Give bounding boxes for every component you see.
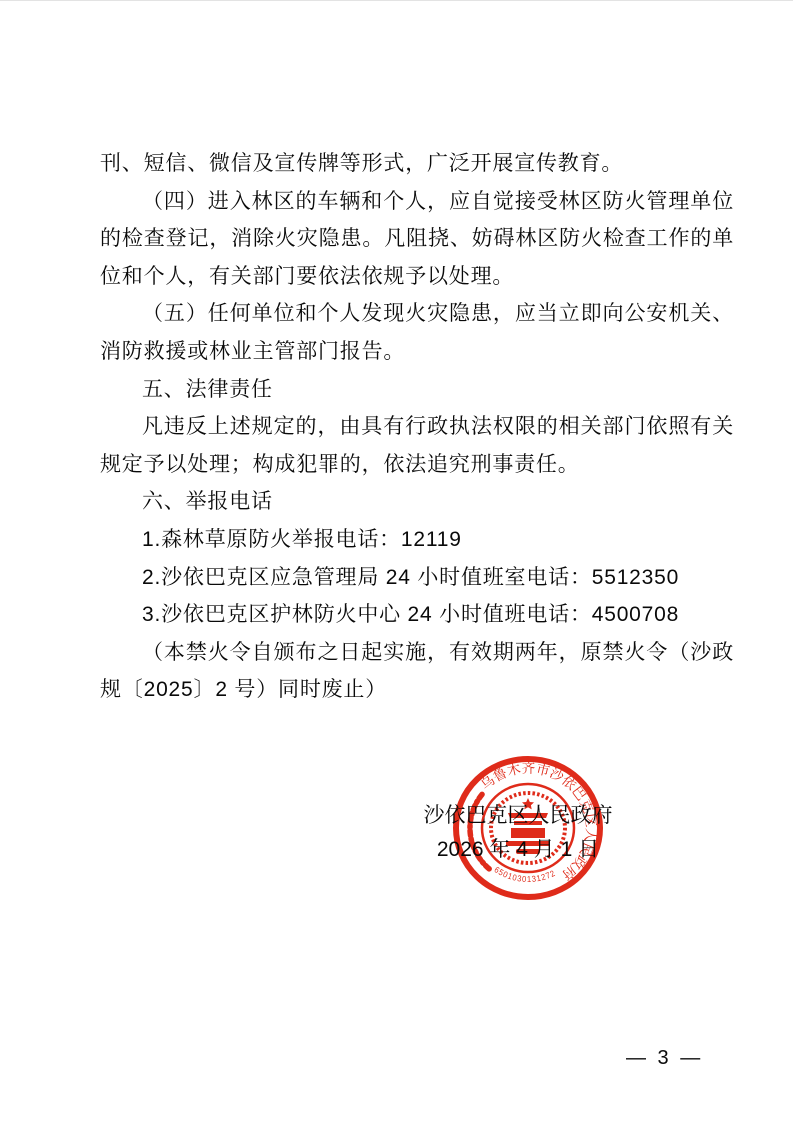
paragraph: 六、举报电话 — [100, 483, 734, 521]
paragraph: （四）进入林区的车辆和个人，应自觉接受林区防火管理单位的检查登记，消除火灾隐患。… — [100, 183, 734, 296]
document-body: 刊、短信、微信及宣传牌等形式，广泛开展宣传教育。（四）进入林区的车辆和个人，应自… — [100, 145, 734, 709]
paragraph: 五、法律责任 — [100, 371, 734, 409]
page-number: — 3 — — [626, 1047, 703, 1070]
document-page: 刊、短信、微信及宣传牌等形式，广泛开展宣传教育。（四）进入林区的车辆和个人，应自… — [0, 0, 793, 1122]
signature-block: 沙依巴克区人民政府 2026 年 4 月 1 日 — [422, 799, 614, 867]
paragraph: 2.沙依巴克区应急管理局 24 小时值班室电话：5512350 — [100, 559, 734, 597]
paragraph: 刊、短信、微信及宣传牌等形式，广泛开展宣传教育。 — [100, 145, 734, 183]
paragraph: 3.沙依巴克区护林防火中心 24 小时值班电话：4500708 — [100, 596, 734, 634]
paragraph: 1.森林草原防火举报电话：12119 — [100, 521, 734, 559]
paragraph: （五）任何单位和个人发现火灾隐患，应当立即向公安机关、消防救援或林业主管部门报告… — [100, 295, 734, 370]
issue-date: 2026 年 4 月 1 日 — [422, 833, 614, 867]
paragraph: （本禁火令自颁布之日起实施，有效期两年，原禁火令（沙政规〔2025〕2 号）同时… — [100, 634, 734, 709]
issuer-name: 沙依巴克区人民政府 — [422, 799, 614, 833]
paragraph: 凡违反上述规定的，由具有行政执法权限的相关部门依照有关规定予以处理；构成犯罪的，… — [100, 408, 734, 483]
